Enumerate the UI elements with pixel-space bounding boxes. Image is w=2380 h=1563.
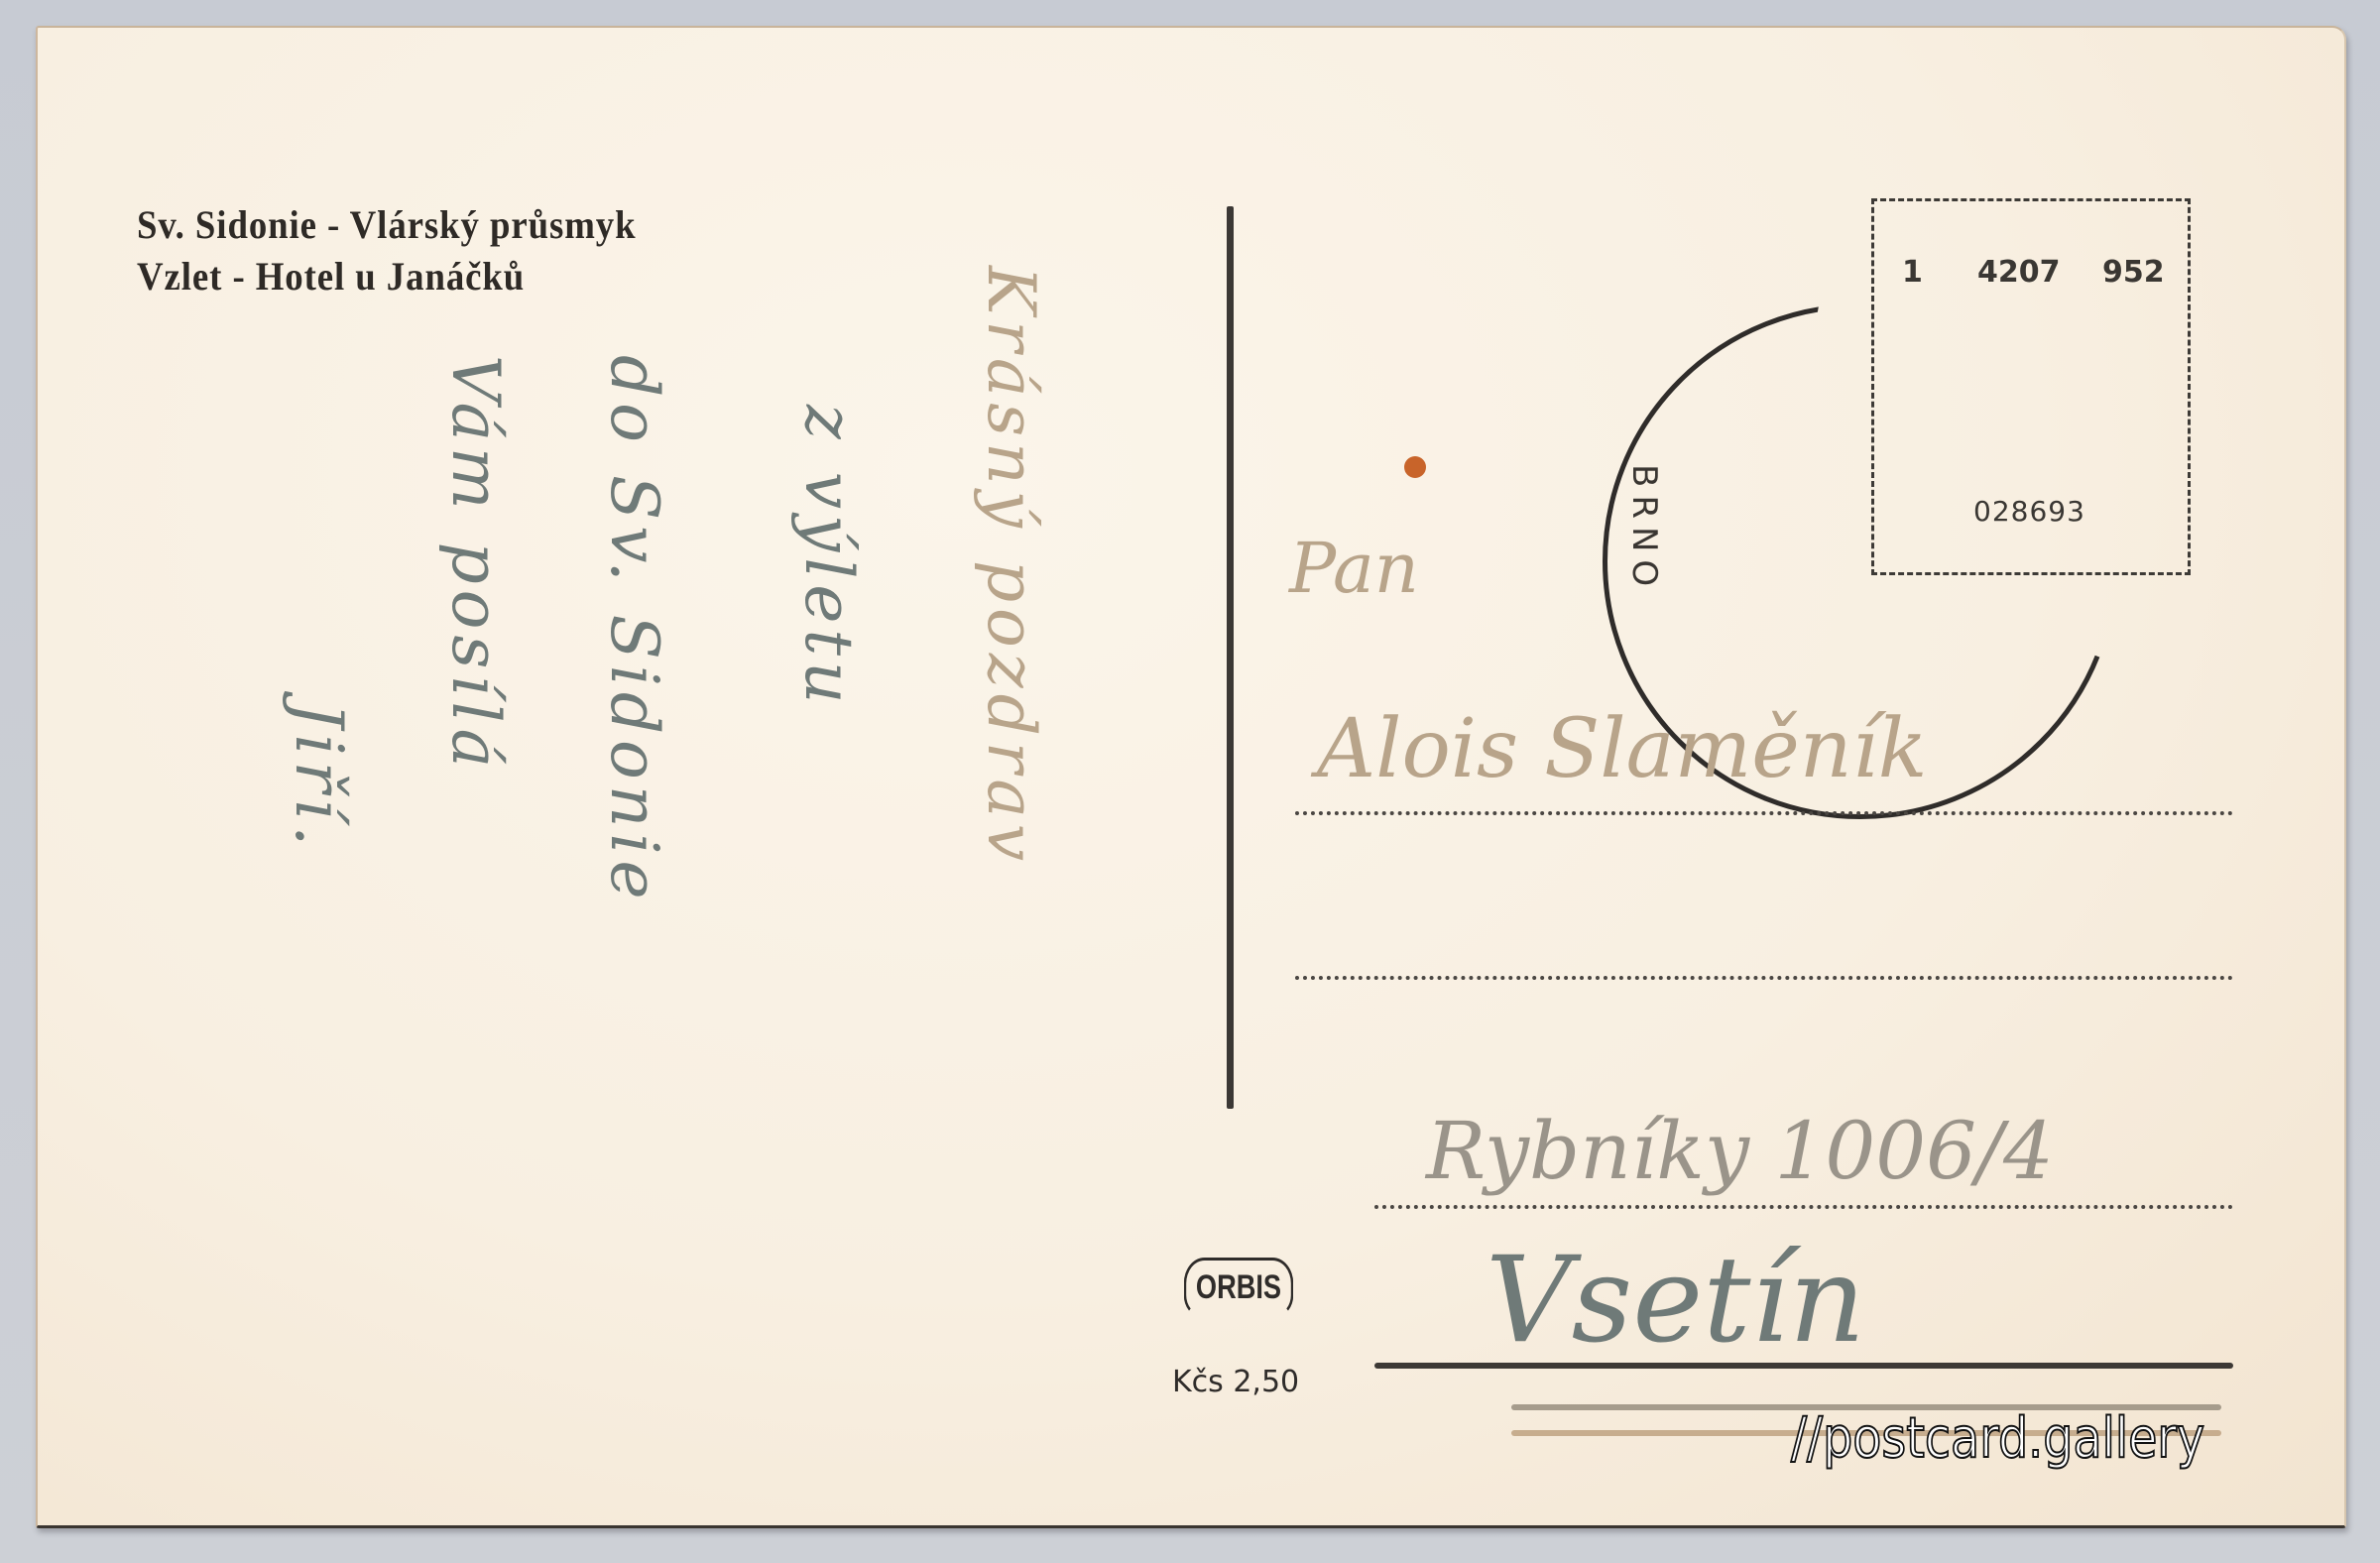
- stamp-number-2: 4207: [1977, 255, 2061, 290]
- stamp-box: 1 4207 952 028693: [1871, 198, 2191, 575]
- price-label: Kčs 2,50: [1172, 1365, 1299, 1399]
- address-street: Rybníky 1006/4: [1426, 1105, 2054, 1197]
- message-column-1: Krásný pozdrav: [973, 266, 1049, 867]
- postmark-text: BRNO: [1624, 464, 1664, 594]
- message-column-3: do Sv. Sidonie: [596, 355, 672, 905]
- divider-line: [1227, 206, 1234, 1109]
- stamp-code: 028693: [1973, 495, 2085, 528]
- message-column-2: z výletu: [790, 405, 867, 710]
- address-line-3: [1374, 1205, 2233, 1209]
- orbis-logo: ORBIS: [1184, 1258, 1293, 1317]
- address-city: Vsetín: [1486, 1232, 1865, 1370]
- address-name: Alois Slaměník: [1317, 702, 1927, 796]
- address-line-1: [1295, 811, 2233, 815]
- stamp-number-1: 1: [1902, 255, 1923, 290]
- stain-dot: [1404, 456, 1426, 478]
- message-column-4: Vám posílá: [437, 355, 514, 774]
- address-line-2: [1295, 976, 2233, 980]
- caption-line-2: Vzlet - Hotel u Janáčků: [137, 254, 525, 300]
- message-column-5: Jiří.: [281, 702, 357, 852]
- caption-line-1: Sv. Sidonie - Vlárský průsmyk: [137, 202, 637, 248]
- stamp-number-3: 952: [2102, 255, 2165, 290]
- watermark: //postcard.gallery: [1791, 1406, 2204, 1471]
- postcard-back: Sv. Sidonie - Vlárský průsmyk Vzlet - Ho…: [36, 26, 2346, 1528]
- address-salutation: Pan: [1289, 528, 1419, 609]
